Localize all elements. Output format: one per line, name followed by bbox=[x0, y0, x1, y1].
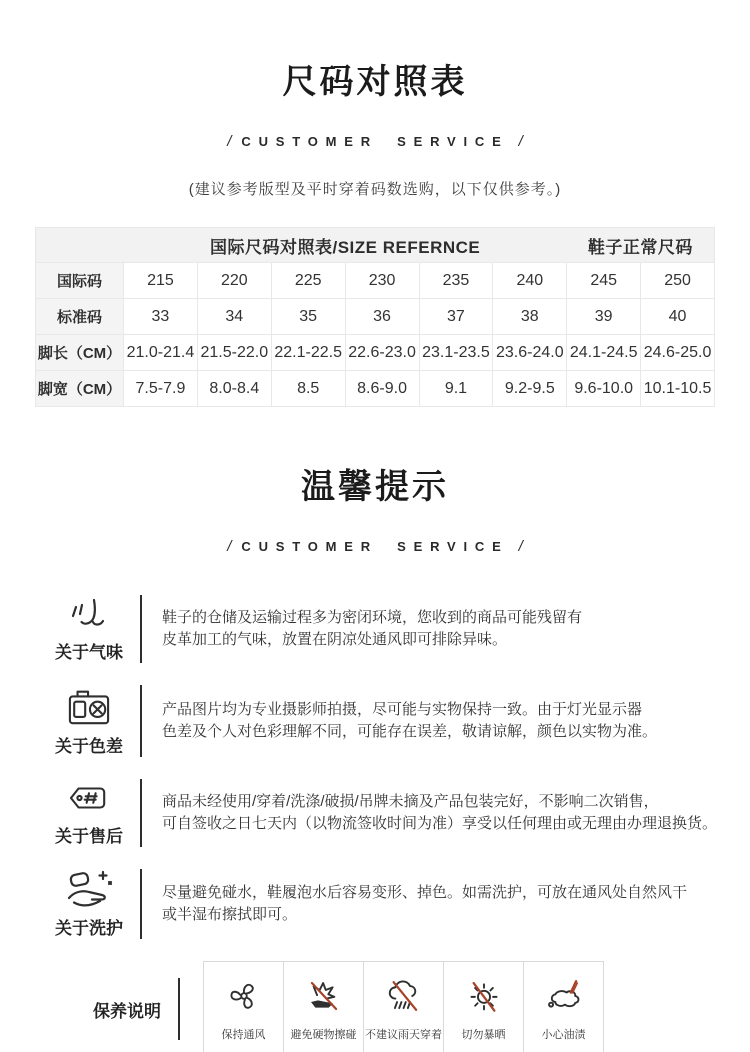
table-cell: 225 bbox=[271, 263, 345, 299]
care-caption: 切勿暴晒 bbox=[462, 1026, 506, 1042]
tips-list: 关于气味 鞋子的仓储及运输过程多为密闭环境，您收到的商品可能残留有 皮革加工的气… bbox=[38, 595, 728, 1052]
table-cell: 37 bbox=[419, 299, 493, 335]
tip-row-color: 关于色差 产品图片均为专业摄影师拍摄，尽可能与实物保持一致。由于灯光显示器 色差… bbox=[38, 685, 728, 757]
warm-tips-section: 温馨提示 /CUSTOMER SERVICE/ 关于气味 bbox=[0, 407, 750, 1052]
table-cell: 21.0-21.4 bbox=[124, 335, 198, 371]
no-sun-icon bbox=[465, 977, 503, 1015]
table-cell: 36 bbox=[345, 299, 419, 335]
table-cell: 39 bbox=[567, 299, 641, 335]
no-hard-object-icon bbox=[305, 977, 343, 1015]
care-caption: 保持通风 bbox=[222, 1026, 266, 1042]
table-cell: 250 bbox=[641, 263, 715, 299]
smell-icon bbox=[67, 595, 111, 633]
table-cell: 21.5-22.0 bbox=[197, 335, 271, 371]
care-box-ventilation: 保持通风 bbox=[203, 961, 284, 1052]
tip-text: 鞋子的仓储及运输过程多为密闭环境，您收到的商品可能残留有 皮革加工的气味，放置在… bbox=[142, 595, 582, 663]
oil-stain-icon bbox=[545, 977, 583, 1015]
care-divider bbox=[178, 978, 180, 1040]
table-cell: 33 bbox=[124, 299, 198, 335]
table-cell: 230 bbox=[345, 263, 419, 299]
size-guide-page: 尺码对照表 /CUSTOMER SERVICE/ (建议参考版型及平时穿着码数选… bbox=[0, 0, 750, 1052]
care-box-no-hard-objects: 避免硬物擦碰 bbox=[283, 961, 364, 1052]
tip-row-washcare: 关于洗护 尽量避免碰水，鞋履泡水后容易变形、掉色。如需洗护，可放在通风处自然风干… bbox=[38, 869, 728, 939]
table-cell: 24.6-25.0 bbox=[641, 335, 715, 371]
care-instructions-row: 保养说明 保持通风 bbox=[76, 961, 728, 1052]
slash-left-decoration: / bbox=[217, 538, 241, 555]
table-row-foot-width: 脚宽（CM） 7.5-7.9 8.0-8.4 8.5 8.6-9.0 9.1 9… bbox=[36, 371, 715, 407]
table-cell: 8.6-9.0 bbox=[345, 371, 419, 407]
row-label: 脚宽（CM） bbox=[36, 371, 124, 407]
header-normal-size-title: 鞋子正常尺码 bbox=[567, 228, 715, 263]
table-cell: 24.1-24.5 bbox=[567, 335, 641, 371]
care-label: 保养说明 bbox=[93, 997, 161, 1022]
tip-text: 尽量避免碰水，鞋履泡水后容易变形、掉色。如需洗护，可放在通风处自然风干 或半湿布… bbox=[142, 869, 687, 939]
table-cell: 215 bbox=[124, 263, 198, 299]
table-cell: 40 bbox=[641, 299, 715, 335]
customer-service-line: /CUSTOMER SERVICE/ bbox=[0, 538, 750, 555]
tips-section-title: 温馨提示 bbox=[0, 459, 750, 508]
row-label: 脚长（CM） bbox=[36, 335, 124, 371]
size-table-body: 国际码 215 220 225 230 235 240 245 250 标准码 … bbox=[36, 263, 715, 407]
table-row-foot-length: 脚长（CM） 21.0-21.4 21.5-22.0 22.1-22.5 22.… bbox=[36, 335, 715, 371]
tip-label: 关于气味 bbox=[55, 638, 123, 663]
size-table-header: 国际尺码对照表/SIZE REFERNCE 鞋子正常尺码 bbox=[36, 228, 715, 263]
table-header-row: 国际尺码对照表/SIZE REFERNCE 鞋子正常尺码 bbox=[36, 228, 715, 263]
tip-label: 关于洗护 bbox=[55, 914, 123, 939]
tip-label: 关于售后 bbox=[55, 822, 123, 847]
table-cell: 9.2-9.5 bbox=[493, 371, 567, 407]
table-cell: 23.1-23.5 bbox=[419, 335, 493, 371]
customer-service-label: CUSTOMER SERVICE bbox=[241, 134, 508, 149]
tip-left-smell: 关于气味 bbox=[38, 595, 140, 663]
size-advice-note: (建议参考版型及平时穿着码数选购，以下仅供参考。) bbox=[0, 178, 750, 199]
row-label: 国际码 bbox=[36, 263, 124, 299]
no-rain-icon bbox=[385, 977, 423, 1015]
customer-service-line: /CUSTOMER SERVICE/ bbox=[0, 133, 750, 150]
size-section-title: 尺码对照表 bbox=[0, 54, 750, 103]
tip-row-aftersale: 关于售后 商品未经使用/穿着/洗涤/破损/吊牌未摘及产品包装完好，不影响二次销售… bbox=[38, 779, 728, 847]
care-caption: 不建议雨天穿着 bbox=[365, 1026, 442, 1042]
care-boxes: 保持通风 避免硬物擦碰 bbox=[204, 961, 604, 1052]
slash-right-decoration: / bbox=[509, 538, 533, 555]
table-cell: 34 bbox=[197, 299, 271, 335]
tip-left-color: 关于色差 bbox=[38, 685, 140, 757]
table-cell: 9.1 bbox=[419, 371, 493, 407]
table-cell: 10.1-10.5 bbox=[641, 371, 715, 407]
wash-hand-icon bbox=[65, 869, 113, 909]
table-row-international-code: 国际码 215 220 225 230 235 240 245 250 bbox=[36, 263, 715, 299]
size-chart-section: 尺码对照表 /CUSTOMER SERVICE/ (建议参考版型及平时穿着码数选… bbox=[0, 0, 750, 407]
table-cell: 9.6-10.0 bbox=[567, 371, 641, 407]
table-cell: 22.6-23.0 bbox=[345, 335, 419, 371]
slash-right-decoration: / bbox=[509, 133, 533, 150]
tip-left-washcare: 关于洗护 bbox=[38, 869, 140, 939]
care-box-no-sun: 切勿暴晒 bbox=[443, 961, 524, 1052]
table-cell: 8.5 bbox=[271, 371, 345, 407]
table-cell: 35 bbox=[271, 299, 345, 335]
table-cell: 7.5-7.9 bbox=[124, 371, 198, 407]
tip-text: 商品未经使用/穿着/洗涤/破损/吊牌未摘及产品包装完好，不影响二次销售， 可自签… bbox=[142, 779, 717, 847]
care-caption: 避免硬物擦碰 bbox=[291, 1026, 357, 1042]
care-caption: 小心油渍 bbox=[542, 1026, 586, 1042]
table-cell: 245 bbox=[567, 263, 641, 299]
table-row-standard-code: 标准码 33 34 35 36 37 38 39 40 bbox=[36, 299, 715, 335]
table-cell: 240 bbox=[493, 263, 567, 299]
table-cell: 38 bbox=[493, 299, 567, 335]
slash-left-decoration: / bbox=[217, 133, 241, 150]
care-box-oil-stain: 小心油渍 bbox=[523, 961, 604, 1052]
table-cell: 220 bbox=[197, 263, 271, 299]
table-cell: 22.1-22.5 bbox=[271, 335, 345, 371]
row-label: 标准码 bbox=[36, 299, 124, 335]
customer-service-label: CUSTOMER SERVICE bbox=[241, 539, 508, 554]
tip-left-aftersale: 关于售后 bbox=[38, 779, 140, 847]
tip-row-smell: 关于气味 鞋子的仓储及运输过程多为密闭环境，您收到的商品可能残留有 皮革加工的气… bbox=[38, 595, 728, 663]
care-box-no-rain: 不建议雨天穿着 bbox=[363, 961, 444, 1052]
tip-text: 产品图片均为专业摄影师拍摄，尽可能与实物保持一致。由于灯光显示器 色差及个人对色… bbox=[142, 685, 657, 757]
table-cell: 23.6-24.0 bbox=[493, 335, 567, 371]
fan-icon bbox=[225, 977, 263, 1015]
size-table: 国际尺码对照表/SIZE REFERNCE 鞋子正常尺码 国际码 215 220… bbox=[35, 227, 715, 407]
camera-icon bbox=[66, 685, 112, 727]
table-cell: 8.0-8.4 bbox=[197, 371, 271, 407]
price-tag-icon bbox=[66, 779, 112, 817]
header-international-title: 国际尺码对照表/SIZE REFERNCE bbox=[124, 228, 567, 263]
care-left: 保养说明 bbox=[76, 997, 178, 1022]
tip-label: 关于色差 bbox=[55, 732, 123, 757]
table-cell: 235 bbox=[419, 263, 493, 299]
header-empty-cell bbox=[36, 228, 124, 263]
